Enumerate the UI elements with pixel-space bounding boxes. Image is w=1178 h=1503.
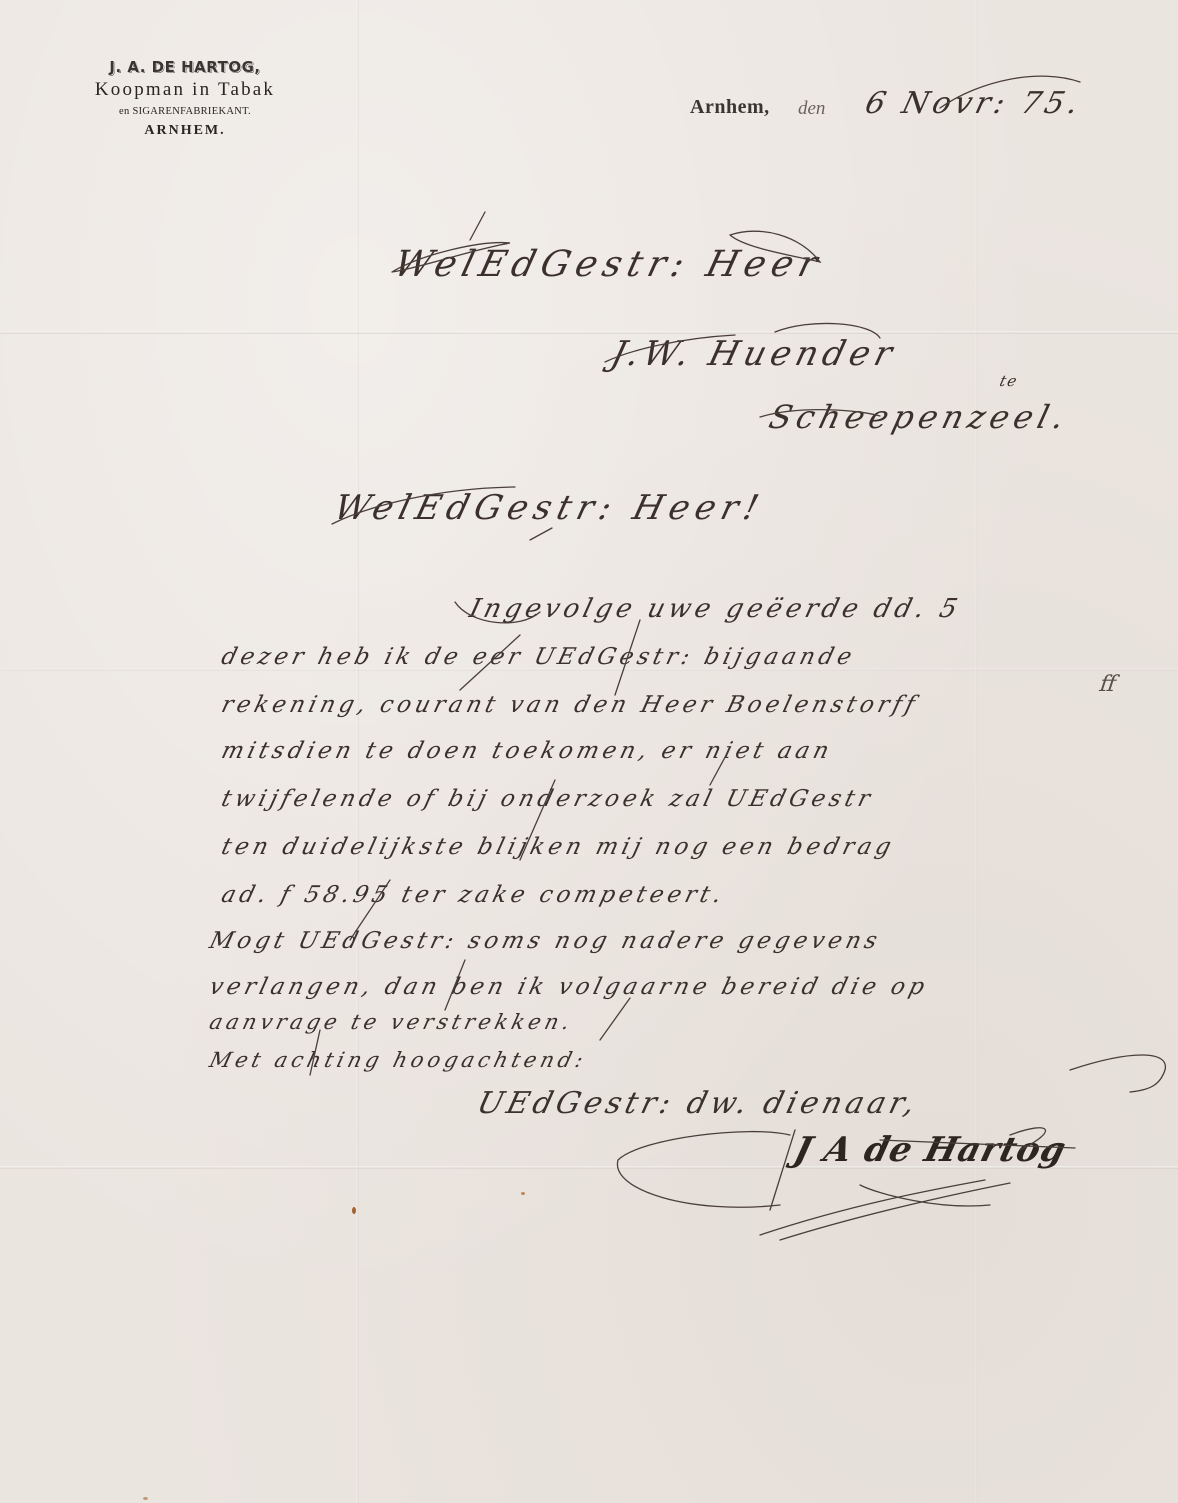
body-line: aanvrage te verstrekken. — [207, 1010, 576, 1034]
body-line: Met achting hoogachtend: — [207, 1048, 590, 1072]
dateline-den: den — [798, 98, 825, 120]
address-name: J.W. Huender — [607, 334, 901, 374]
letterhead-subtitle: en SIGARENFABRIEKANT. — [40, 106, 330, 117]
fold-crease — [0, 331, 1178, 334]
fold-crease — [975, 0, 978, 1503]
body-line: mitsdien te doen toekomen, er niet aan — [219, 738, 836, 764]
dateline-date: 6 Novr: 75. — [862, 86, 1086, 121]
dateline-place: Arnhem, — [690, 96, 770, 119]
closing: UEdGestr: dw. dienaar, — [474, 1086, 923, 1121]
body-line: ten duidelijkste blijken mij nog een bed… — [219, 834, 898, 860]
foxing-spot — [143, 1497, 148, 1500]
body-line: dezer heb ik de eer UEdGestr: bijgaande — [219, 644, 859, 670]
signature: J A de Hartog — [790, 1130, 1071, 1170]
greeting: WelEdGestr: Heer! — [330, 488, 768, 528]
foxing-spot — [352, 1207, 356, 1214]
address-place: Scheepenzeel. — [765, 398, 1073, 436]
letterhead-trade: Koopman in Tabak — [40, 79, 330, 101]
foxing-spot — [521, 1192, 525, 1195]
body-line: twijfelende of bij onderzoek zal UEdGest… — [219, 786, 877, 812]
body-line: ad. f 58.95 ter zake competeert. — [219, 882, 728, 908]
body-line: verlangen, dan ben ik volgaarne bereid d… — [207, 974, 931, 1000]
address-salutation: WelEdGestr: Heer — [390, 244, 827, 285]
address-to: te — [998, 372, 1020, 390]
margin-mark: ff — [1096, 672, 1120, 697]
letterhead-city: ARNHEM. — [40, 123, 330, 139]
body-line: rekening, courant van den Heer Boelensto… — [219, 692, 922, 718]
letterhead: J. A. DE HARTOG, Koopman in Tabak en SIG… — [40, 58, 330, 139]
body-line: Mogt UEdGestr: soms nog nadere gegevens — [207, 928, 884, 954]
letterhead-name: J. A. DE HARTOG, — [40, 58, 330, 76]
body-line: Ingevolge uwe geëerde dd. 5 — [466, 594, 964, 624]
letter-page: J. A. DE HARTOG, Koopman in Tabak en SIG… — [0, 0, 1178, 1503]
